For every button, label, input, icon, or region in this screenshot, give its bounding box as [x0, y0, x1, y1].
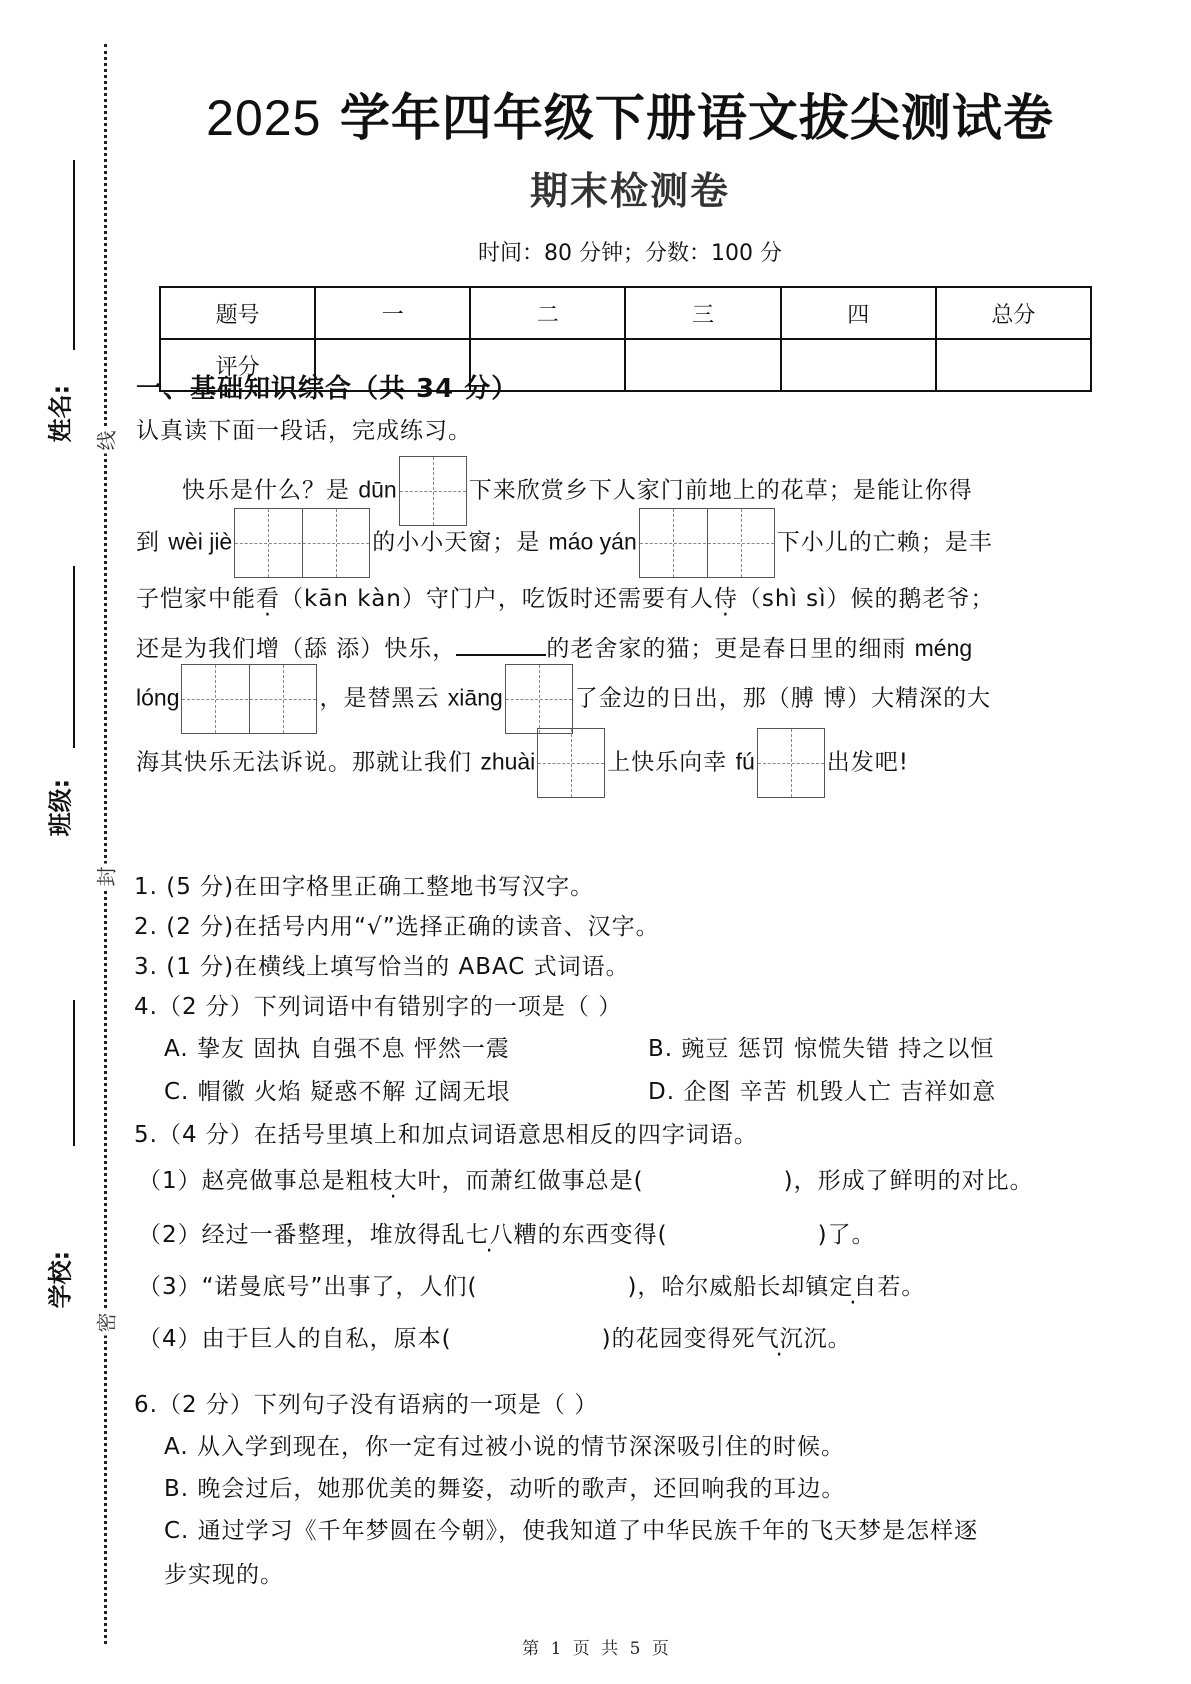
section-heading: 一、基础知识综合（共 34 分） — [136, 368, 518, 405]
score-header-cell: 题号 — [160, 287, 315, 339]
q4-option-a[interactable]: A. 挚友 固执 自强不息 怦然一震 — [164, 1030, 510, 1063]
question-5: 5.（4 分）在括号里填上和加点词语意思相反的四字词语。 — [134, 1116, 758, 1149]
score-cell-3[interactable] — [625, 339, 780, 391]
passage-line-3: 子恺家中能看（kān kàn）守门户，吃饭时还需要有人侍（shì sì）候的鹅老… — [136, 580, 995, 613]
school-blank-line[interactable] — [73, 1000, 75, 1146]
question-4: 4.（2 分）下列词语中有错别字的一项是（ ） — [134, 988, 622, 1021]
score-header-cell: 四 — [781, 287, 936, 339]
q5-item-2: （2）经过一番整理，堆放得乱七八糟的东西变得()了。 — [138, 1216, 876, 1249]
section-instruction: 认真读下面一段话，完成练习。 — [136, 412, 472, 445]
question-1: 1. (5 分)在田字格里正确工整地书写汉字。 — [134, 868, 594, 901]
pinyin: fú — [736, 749, 755, 775]
score-cell-total[interactable] — [936, 339, 1091, 391]
pinyin: dūn — [358, 477, 396, 503]
score-table-header-row: 题号 一 二 三 四 总分 — [160, 287, 1091, 339]
passage-line-5: lóng，是替黑云 xiāng了金边的日出，那（膊 博）大精深的大 — [136, 664, 991, 734]
school-label: 学校: — [41, 1250, 76, 1310]
q6-option-c-continued: 步实现的。 — [164, 1556, 284, 1589]
q5-item-1: （1）赵亮做事总是粗枝大叶，而萧红做事总是()，形成了鲜明的对比。 — [138, 1162, 1034, 1195]
abac-blank[interactable] — [456, 630, 546, 656]
q4-option-c[interactable]: C. 帽徽 火焰 疑惑不解 辽阔无垠 — [164, 1073, 511, 1106]
exam-subtitle: 期末检测卷 — [130, 160, 1130, 215]
q5-item-4: （4）由于巨人的自私，原本()的花园变得死气沉沉。 — [138, 1320, 852, 1353]
dotted-word: 死气沉沉 — [732, 1326, 828, 1352]
q4-option-d[interactable]: D. 企图 辛苦 机毁人亡 吉祥如意 — [648, 1073, 996, 1106]
binding-dotted-line — [104, 44, 107, 1644]
score-header-cell: 一 — [315, 287, 470, 339]
seal-mark-secret: 密 — [91, 1310, 120, 1336]
page-footer: 第 1 页 共 5 页 — [0, 1634, 1191, 1659]
q6-option-a[interactable]: A. 从入学到现在，你一定有过被小说的情节深深吸引住的时候。 — [164, 1428, 845, 1461]
pinyin: xiāng — [448, 685, 503, 711]
dotted-word: 镇定自若 — [805, 1274, 901, 1300]
dotted-char: 侍 — [714, 586, 738, 612]
pinyin: zhuài — [480, 749, 535, 775]
q4-option-b[interactable]: B. 豌豆 惩罚 惊慌失错 持之以恒 — [648, 1030, 994, 1063]
exam-meta: 时间：80 分钟；分数：100 分 — [130, 236, 1130, 267]
pinyin: máo yán — [549, 529, 637, 555]
title-text: 学年四年级下册语文拔尖测试卷 — [340, 89, 1054, 147]
tianzige-box[interactable] — [537, 728, 605, 798]
exam-title: 2025 学年四年级下册语文拔尖测试卷 — [130, 78, 1130, 150]
name-blank-line[interactable] — [73, 160, 75, 350]
passage-line-2: 到 wèi jiè的小小天窗；是 máo yán下小儿的亡赖；是丰 — [136, 508, 993, 578]
tianzige-box[interactable] — [505, 664, 573, 734]
dotted-word: 乱七八糟 — [442, 1222, 538, 1248]
class-label: 班级: — [41, 778, 76, 838]
name-label: 姓名: — [41, 384, 76, 444]
seal-mark-line: 线 — [91, 428, 120, 454]
q6-option-b[interactable]: B. 晚会过后，她那优美的舞姿，动听的歌声，还回响我的耳边。 — [164, 1470, 845, 1503]
class-blank-line[interactable] — [73, 566, 75, 748]
dotted-word: 粗枝大叶 — [346, 1168, 442, 1194]
q6-option-c[interactable]: C. 通过学习《千年梦圆在今朝》，使我知道了中华民族千年的飞天梦是怎样逐 — [164, 1512, 978, 1545]
title-year: 2025 — [206, 90, 321, 146]
pinyin: wèi jiè — [168, 529, 232, 555]
question-3: 3. (1 分)在横线上填写恰当的 ABAC 式词语。 — [134, 948, 630, 981]
pinyin: méng — [915, 635, 973, 661]
q5-item-3: （3）“诺曼底号”出事了，人们()，哈尔威船长却镇定自若。 — [138, 1268, 925, 1301]
question-2: 2. (2 分)在括号内用“√”选择正确的读音、汉字。 — [134, 908, 660, 941]
score-header-cell: 二 — [470, 287, 625, 339]
tianzige-box[interactable] — [181, 664, 317, 734]
tianzige-box[interactable] — [757, 728, 825, 798]
passage-line-6: 海其快乐无法诉说。那就让我们 zhuài上快乐向幸 fú出发吧! — [136, 728, 909, 798]
score-header-cell: 总分 — [936, 287, 1091, 339]
score-cell-4[interactable] — [781, 339, 936, 391]
score-header-cell: 三 — [625, 287, 780, 339]
tianzige-box[interactable] — [639, 508, 775, 578]
tianzige-box[interactable] — [234, 508, 370, 578]
pinyin: lóng — [136, 685, 179, 711]
seal-mark-seal: 封 — [91, 864, 120, 890]
question-6: 6.（2 分）下列句子没有语病的一项是（ ） — [134, 1386, 598, 1419]
dotted-char: 看 — [256, 586, 280, 612]
passage-line-4: 还是为我们增（舔 添）快乐，的老舍家的猫；更是春日里的细雨 méng — [136, 630, 972, 663]
